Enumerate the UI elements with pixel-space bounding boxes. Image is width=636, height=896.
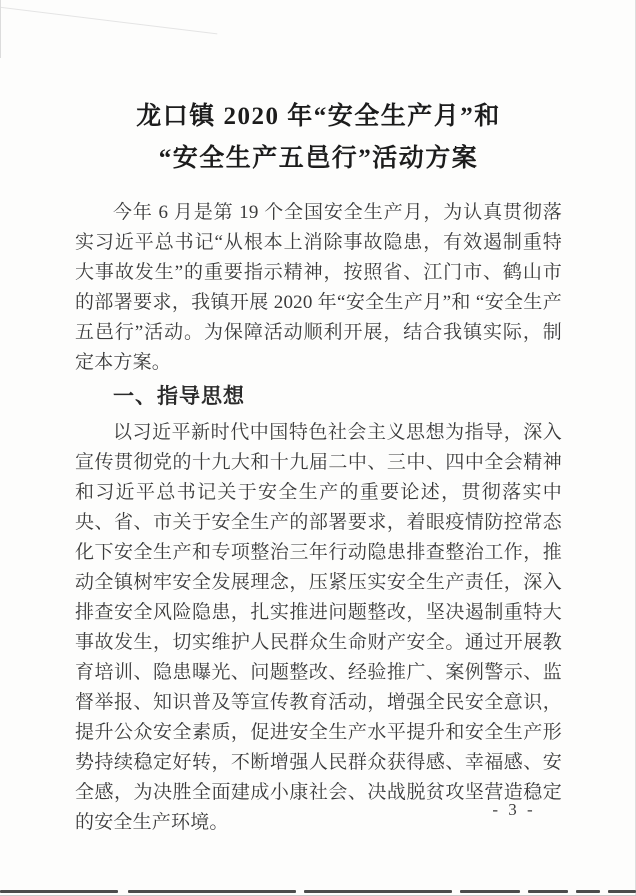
scan-bottom-segment: [528, 890, 568, 893]
scan-bottom-segment: [128, 890, 296, 893]
scan-artifact-bottom-line: [0, 890, 636, 894]
scan-bottom-segment: [460, 890, 520, 893]
document-title: 龙口镇 2020 年“安全生产月”和 “安全生产五邑行”活动方案: [75, 96, 562, 180]
scan-bottom-segment: [0, 890, 118, 893]
paragraph-guiding-ideology: 以习近平新时代中国特色社会主义思想为指导，深入宣传贯彻党的十九大和十九届二中、三…: [75, 418, 562, 838]
paragraph-intro: 今年 6 月是第 19 个全国安全生产月，为认真贯彻落实习近平总书记“从根本上消…: [75, 198, 562, 378]
scanned-document-page: 龙口镇 2020 年“安全生产月”和 “安全生产五邑行”活动方案 今年 6 月是…: [0, 0, 636, 896]
page-number: - 3 -: [478, 800, 550, 820]
scan-artifact-diagonal-line: [0, 6, 217, 34]
section-heading-guiding-ideology: 一、指导思想: [75, 382, 562, 412]
scan-artifact-left-edge: [0, 0, 1, 58]
scan-bottom-segment: [576, 890, 600, 893]
scan-bottom-segment: [304, 890, 452, 893]
document-title-line-2: “安全生产五邑行”活动方案: [75, 138, 562, 180]
document-content: 龙口镇 2020 年“安全生产月”和 “安全生产五邑行”活动方案 今年 6 月是…: [75, 96, 562, 838]
scan-bottom-segment: [608, 890, 636, 893]
document-title-line-1: 龙口镇 2020 年“安全生产月”和: [75, 96, 562, 138]
